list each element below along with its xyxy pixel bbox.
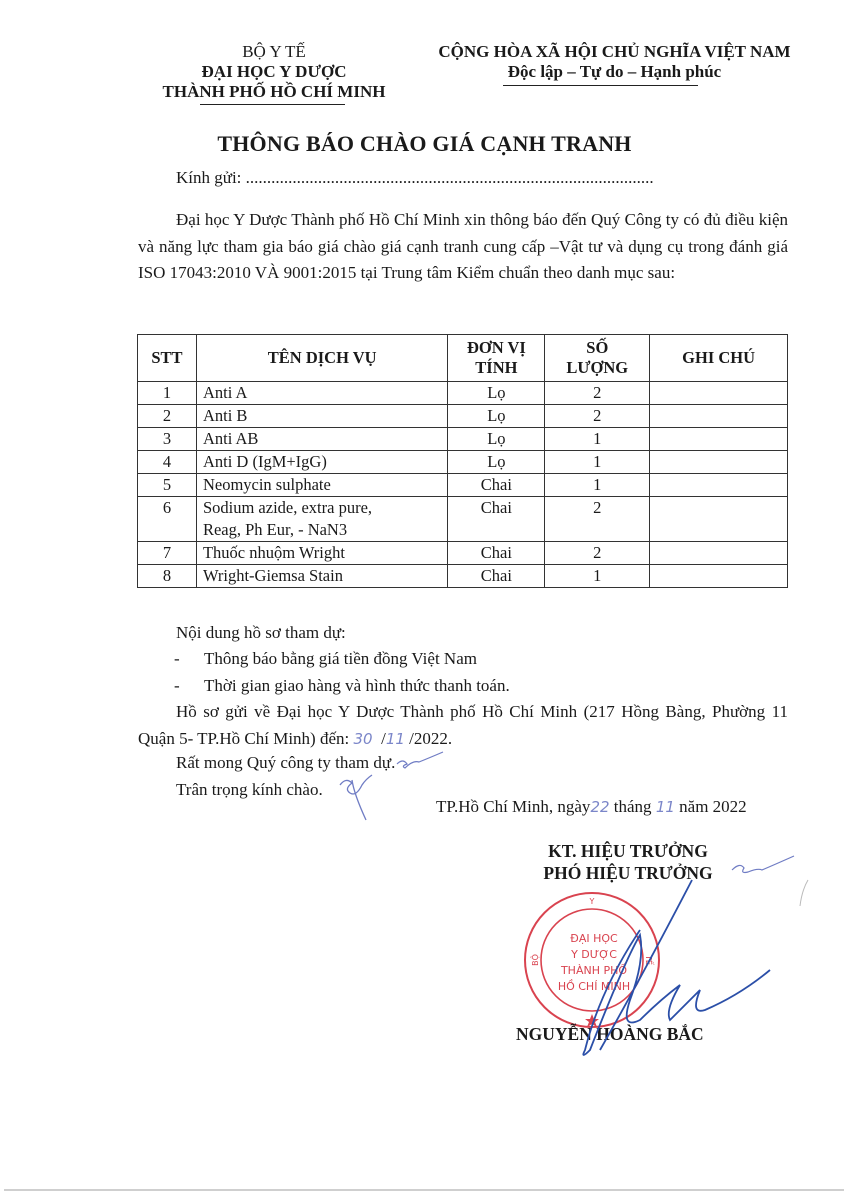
svg-text:TẾ: TẾ xyxy=(644,954,655,966)
list-item: -Thông báo bằng giá tiền đồng Việt Nam xyxy=(174,646,510,673)
header-unit: ĐƠN VỊTÍNH xyxy=(448,335,545,382)
cell-note xyxy=(650,565,788,588)
recipient-label: Kính gửi: xyxy=(176,168,241,187)
cell-qty: 2 xyxy=(545,497,650,542)
cell-stt: 7 xyxy=(138,542,197,565)
ministry-name: BỘ Y TẾ xyxy=(150,42,398,62)
cell-stt: 4 xyxy=(138,451,197,474)
header-qty: SỐLƯỢNG xyxy=(545,335,650,382)
cell-name: Neomycin sulphate xyxy=(196,474,448,497)
svg-text:HỒ CHÍ MINH: HỒ CHÍ MINH xyxy=(558,979,630,993)
signatory-name: NGUYỄN HOÀNG BẮC xyxy=(516,1024,704,1045)
cell-qty: 2 xyxy=(545,542,650,565)
cell-note xyxy=(650,497,788,542)
table-row: 5 Neomycin sulphate Chai 1 xyxy=(138,474,788,497)
official-seal-icon: Y BỘ TẾ ĐẠI HỌC Y DƯỢC THÀNH PHỐ HỒ CHÍ … xyxy=(522,890,662,1030)
cell-unit: Lọ xyxy=(448,405,545,428)
intro-paragraph: Đại học Y Dược Thành phố Hồ Chí Minh xin… xyxy=(138,207,788,287)
cell-name: Anti B xyxy=(196,405,448,428)
svg-text:Y DƯỢC: Y DƯỢC xyxy=(570,948,617,961)
cell-unit: Lọ xyxy=(448,428,545,451)
list-item: -Thời gian giao hàng và hình thức thanh … xyxy=(174,673,510,700)
cell-qty: 2 xyxy=(545,382,650,405)
cell-qty: 1 xyxy=(545,474,650,497)
cell-note xyxy=(650,451,788,474)
header-name: TÊN DỊCH VỤ xyxy=(196,335,448,382)
cell-qty: 1 xyxy=(545,565,650,588)
submission-list: -Thông báo bằng giá tiền đồng Việt Nam -… xyxy=(174,646,510,699)
svg-text:THÀNH PHỐ: THÀNH PHỐ xyxy=(560,963,627,977)
date-month: 11 xyxy=(656,798,675,816)
cell-note xyxy=(650,474,788,497)
closing-greeting: Trân trọng kính chào. xyxy=(176,777,395,804)
cell-unit: Chai xyxy=(448,474,545,497)
cell-name: Anti D (IgM+IgG) xyxy=(196,451,448,474)
deadline-day: 30 xyxy=(354,730,373,748)
cell-qty: 1 xyxy=(545,428,650,451)
national-header: CỘNG HÒA XÃ HỘI CHỦ NGHĨA VIỆT NAM Độc l… xyxy=(422,42,807,82)
cell-name: Sodium azide, extra pure,Reag, Ph Eur, -… xyxy=(196,497,448,542)
cell-unit: Lọ xyxy=(448,451,545,474)
university-name-line1: ĐẠI HỌC Y DƯỢC xyxy=(150,62,398,82)
intro-text: Đại học Y Dược Thành phố Hồ Chí Minh xin… xyxy=(138,210,788,282)
cell-qty: 1 xyxy=(545,451,650,474)
recipient-blank: ........................................… xyxy=(246,168,654,187)
table-row: 1 Anti A Lọ 2 xyxy=(138,382,788,405)
date-day: 22 xyxy=(590,798,609,816)
items-table: STT TÊN DỊCH VỤ ĐƠN VỊTÍNH SỐLƯỢNG GHI C… xyxy=(137,334,788,588)
header-note: GHI CHÚ xyxy=(650,335,788,382)
cell-name: Anti AB xyxy=(196,428,448,451)
deadline-year: /2022. xyxy=(409,729,452,748)
cell-stt: 5 xyxy=(138,474,197,497)
cell-unit: Chai xyxy=(448,542,545,565)
cell-note xyxy=(650,405,788,428)
closing-block: Rất mong Quý công ty tham dự. Trân trọng… xyxy=(176,750,395,803)
issuer-header: BỘ Y TẾ ĐẠI HỌC Y DƯỢC THÀNH PHỐ HỒ CHÍ … xyxy=(150,42,398,102)
cell-note xyxy=(650,428,788,451)
document-title: THÔNG BÁO CHÀO GIÁ CẠNH TRANH xyxy=(0,131,849,157)
cell-stt: 3 xyxy=(138,428,197,451)
cell-unit: Lọ xyxy=(448,382,545,405)
table-row: 2 Anti B Lọ 2 xyxy=(138,405,788,428)
cell-unit: Chai xyxy=(448,497,545,542)
svg-text:ĐẠI HỌC: ĐẠI HỌC xyxy=(570,932,618,945)
table-row: 3 Anti AB Lọ 1 xyxy=(138,428,788,451)
closing-invitation: Rất mong Quý công ty tham dự. xyxy=(176,750,395,777)
cell-stt: 2 xyxy=(138,405,197,428)
page-bottom-edge xyxy=(4,1189,844,1191)
country-name: CỘNG HÒA XÃ HỘI CHỦ NGHĨA VIỆT NAM xyxy=(422,42,807,62)
cell-note xyxy=(650,542,788,565)
table-row: 8 Wright-Giemsa Stain Chai 1 xyxy=(138,565,788,588)
motto-underline xyxy=(503,85,698,86)
national-motto: Độc lập – Tự do – Hạnh phúc xyxy=(422,62,807,82)
signatory-titles: KT. HIỆU TRƯỞNG PHÓ HIỆU TRƯỞNG xyxy=(508,840,748,884)
signatory-title-1: KT. HIỆU TRƯỞNG xyxy=(508,840,748,862)
cell-stt: 1 xyxy=(138,382,197,405)
cell-name: Thuốc nhuộm Wright xyxy=(196,542,448,565)
signatory-title-2: PHÓ HIỆU TRƯỞNG xyxy=(508,862,748,884)
table-row: 4 Anti D (IgM+IgG) Lọ 1 xyxy=(138,451,788,474)
svg-text:BỘ: BỘ xyxy=(529,954,540,966)
cell-qty: 2 xyxy=(545,405,650,428)
table-row: 6 Sodium azide, extra pure,Reag, Ph Eur,… xyxy=(138,497,788,542)
address-paragraph: Hồ sơ gửi về Đại học Y Dược Thành phố Hồ… xyxy=(138,699,788,752)
date-line: TP.Hồ Chí Minh, ngày22 tháng 11 năm 2022 xyxy=(436,797,747,817)
cell-note xyxy=(650,382,788,405)
table-header-row: STT TÊN DỊCH VỤ ĐƠN VỊTÍNH SỐLƯỢNG GHI C… xyxy=(138,335,788,382)
cell-stt: 6 xyxy=(138,497,197,542)
cell-stt: 8 xyxy=(138,565,197,588)
submission-heading: Nội dung hồ sơ tham dự: xyxy=(176,620,346,647)
cell-unit: Chai xyxy=(448,565,545,588)
table-row: 7 Thuốc nhuộm Wright Chai 2 xyxy=(138,542,788,565)
deadline-month: 11 xyxy=(386,730,405,748)
cell-name: Wright-Giemsa Stain xyxy=(196,565,448,588)
cell-name: Anti A xyxy=(196,382,448,405)
university-name-line2: THÀNH PHỐ HỒ CHÍ MINH xyxy=(150,82,398,102)
issuer-underline xyxy=(200,104,345,105)
header-stt: STT xyxy=(138,335,197,382)
address-text: Hồ sơ gửi về Đại học Y Dược Thành phố Hồ… xyxy=(138,702,788,748)
recipient-line: Kính gửi: ..............................… xyxy=(176,168,654,188)
svg-text:Y: Y xyxy=(589,897,595,906)
